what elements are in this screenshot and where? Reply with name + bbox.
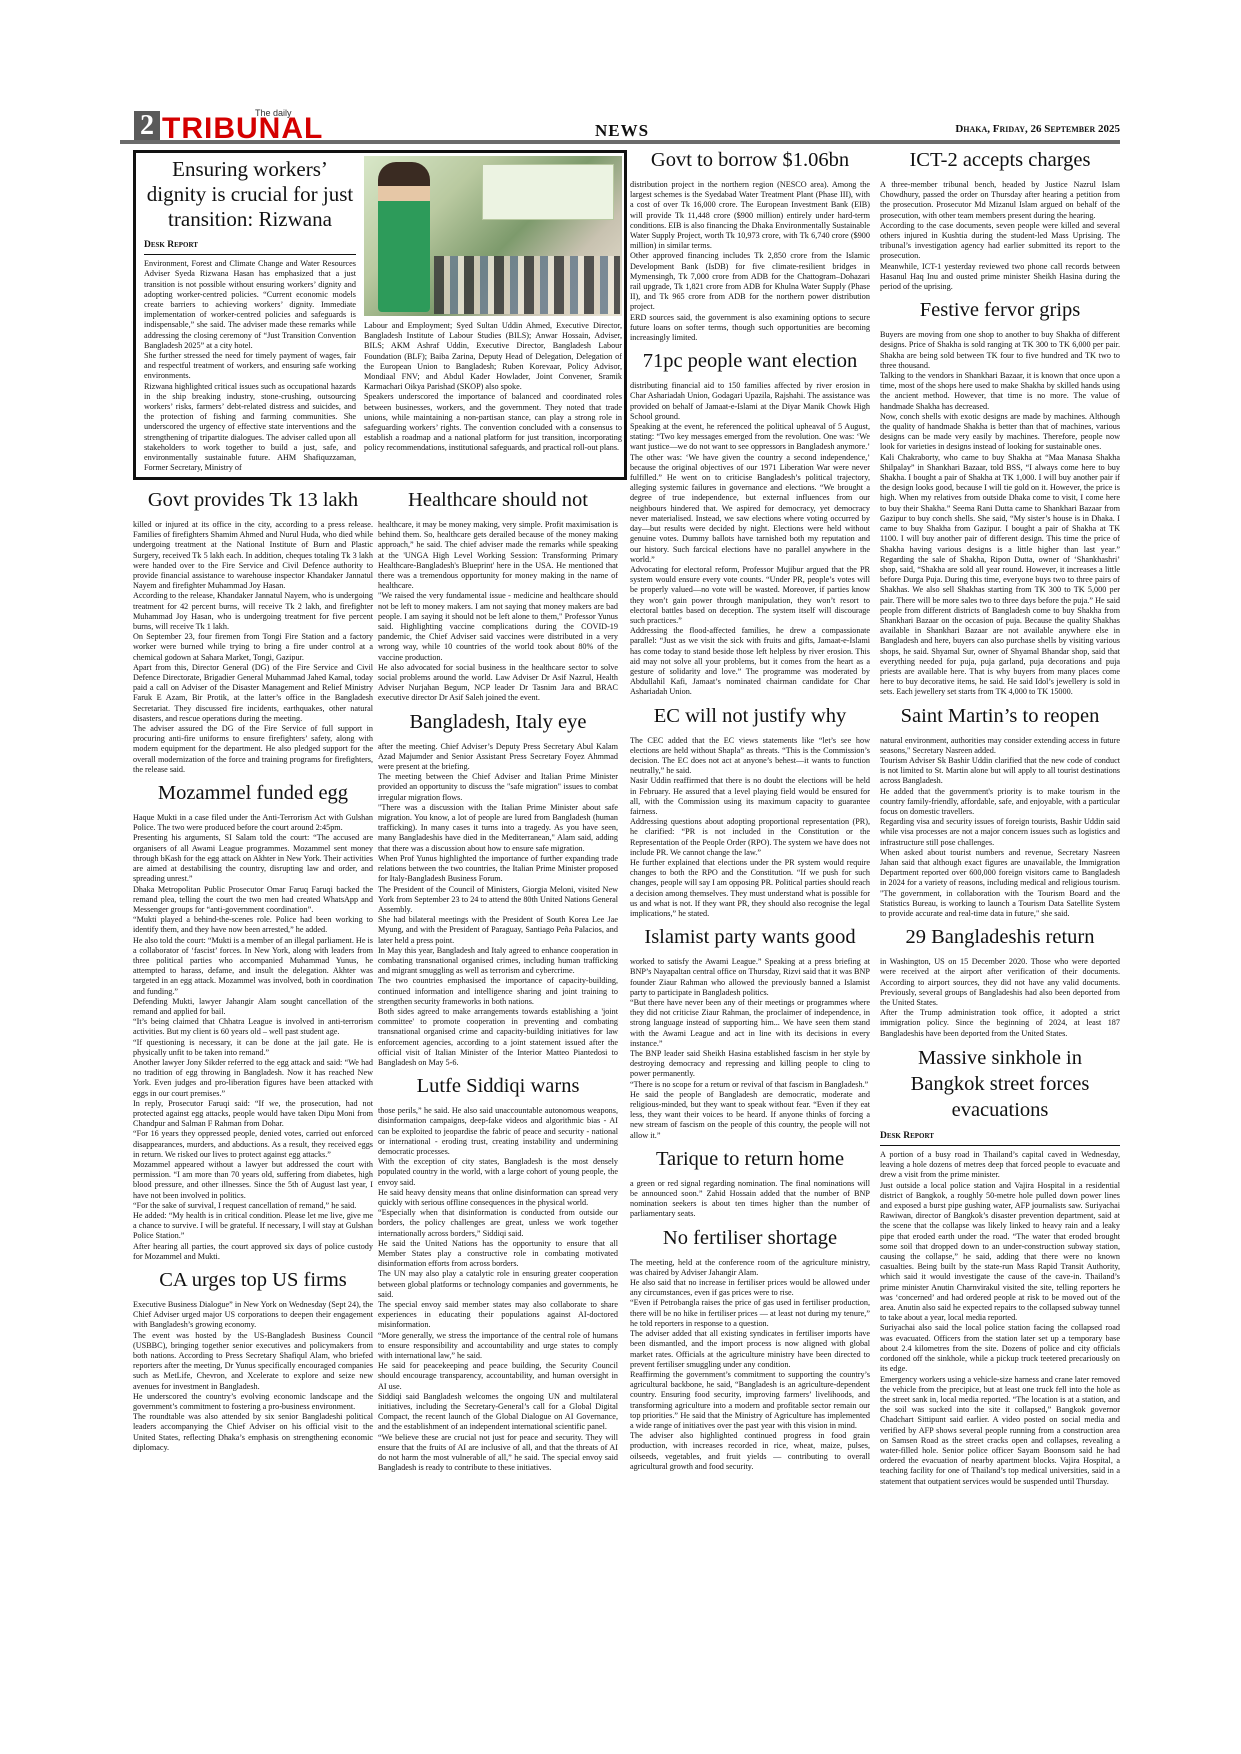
- paragraph: The BNP leader said Sheikh Hasina establ…: [630, 1049, 870, 1080]
- paragraph: Speaking at the event, he referenced the…: [630, 422, 870, 565]
- paragraph: After the Trump administration took offi…: [880, 1008, 1120, 1039]
- paragraph: He added that the government's priority …: [880, 787, 1120, 818]
- paragraph: Buyers are moving from one shop to anoth…: [880, 330, 1120, 371]
- article-photo: [364, 156, 622, 316]
- paragraph: “If questioning is necessary, it can be …: [133, 1038, 373, 1058]
- headline: CA urges top US firms: [133, 1268, 373, 1292]
- paragraph: She had bilateral meetings with the Pres…: [378, 915, 618, 946]
- paragraph: In reply, Prosecutor Faruqi said: “If we…: [133, 1099, 373, 1130]
- paragraph: The special envoy said member states may…: [378, 1300, 618, 1331]
- paragraph: Tourism Adviser Sk Bashir Uddin clarifie…: [880, 756, 1120, 787]
- paragraph: The two countries emphasised the importa…: [378, 976, 618, 1007]
- paragraph: The roundtable was also attended by six …: [133, 1412, 373, 1453]
- headline: Ensuring workers’ dignity is crucial for…: [144, 157, 356, 232]
- paragraph: “There is no scope for a return or reviv…: [630, 1080, 870, 1090]
- paragraph: After hearing all parties, the court app…: [133, 1242, 373, 1262]
- paragraph: worked to satisfy the Awami League.” Spe…: [630, 957, 870, 998]
- paragraph: Speakers underscored the importance of b…: [364, 392, 622, 453]
- paragraph: Suriyachai also said the local police st…: [880, 1323, 1120, 1374]
- paragraph: The event was hosted by the US-Banglades…: [133, 1331, 373, 1392]
- paragraph: Talking to the vendors in Shankhari Baza…: [880, 371, 1120, 412]
- paragraph: Mozammel appeared without a lawyer but a…: [133, 1160, 373, 1201]
- paragraph: healthcare, it may be money making, very…: [378, 520, 618, 591]
- paragraph: "We raised the very fundamental issue - …: [378, 591, 618, 662]
- paragraph: “Mukti played a behind-the-scenes role. …: [133, 915, 373, 935]
- column-1: Govt provides Tk 13 lakh killed or injur…: [133, 482, 373, 1453]
- paragraph: The adviser also highlighted continued p…: [630, 1431, 870, 1472]
- paragraph: “Even if Petrobangla raises the price of…: [630, 1298, 870, 1329]
- paragraph: Now, conch shells with exotic designs ar…: [880, 412, 1120, 453]
- headline: ICT-2 accepts charges: [880, 148, 1120, 172]
- masthead: 2 The daily TRIBUNAL NEWS Dhaka, Friday,…: [120, 104, 1120, 140]
- paragraph: He added: “My health is in critical cond…: [133, 1211, 373, 1242]
- paragraph: natural environment, authorities may con…: [880, 736, 1120, 756]
- headline: Healthcare should not: [378, 488, 618, 512]
- byline: Desk Report: [880, 1131, 1120, 1146]
- paragraph: killed or injured at its office in the c…: [133, 520, 373, 591]
- paragraph: When asked about tourist numbers and rev…: [880, 848, 1120, 919]
- paragraph: a green or red signal regarding nominati…: [630, 1179, 870, 1220]
- paragraph: "There was a discussion with the Italian…: [378, 803, 618, 854]
- paragraph: “For 16 years they oppressed people, den…: [133, 1129, 373, 1160]
- paragraph: He said the United Nations has the oppor…: [378, 1239, 618, 1270]
- paragraph: Advocating for electoral reform, Profess…: [630, 565, 870, 626]
- column-2: Healthcare should not healthcare, it may…: [378, 482, 618, 1473]
- paragraph: Other approved financing includes Tk 2,8…: [630, 251, 870, 312]
- paragraph: Apart from this, Director General (DG) o…: [133, 663, 373, 724]
- headline: Govt to borrow $1.06bn: [630, 148, 870, 172]
- paragraph: A three-member tribunal bench, headed by…: [880, 180, 1120, 221]
- paragraph: He said the people of Bangladesh are dem…: [630, 1090, 870, 1141]
- dateline: Dhaka, Friday, 26 September 2025: [955, 123, 1120, 135]
- paragraph: Regarding visa and security issues of fo…: [880, 817, 1120, 848]
- paragraph: Both sides agreed to make arrangements t…: [378, 1007, 618, 1068]
- paragraph: He underscored the country’s evolving ec…: [133, 1392, 373, 1412]
- paragraph: Haque Mukti in a case filed under the An…: [133, 813, 373, 833]
- photo-audience: [434, 256, 620, 314]
- paragraph: “It’s being claimed that Chhatra League …: [133, 1017, 373, 1037]
- headline: No fertiliser shortage: [630, 1226, 870, 1250]
- paragraph: Defending Mukti, lawyer Jahangir Alam so…: [133, 997, 373, 1017]
- paragraph: Dhaka Metropolitan Public Prosecutor Oma…: [133, 885, 373, 916]
- feature-article-rizwana: Ensuring workers’ dignity is crucial for…: [133, 150, 627, 480]
- paragraph: In May this year, Bangladesh and Italy a…: [378, 946, 618, 977]
- paragraph: A portion of a busy road in Thailand’s c…: [880, 1150, 1120, 1181]
- headline: Govt provides Tk 13 lakh: [133, 488, 373, 512]
- photo-speaker: [378, 162, 430, 312]
- paragraph: Environment, Forest and Climate Change a…: [144, 259, 356, 351]
- paragraph: Kali Chakraborty, who came to buy Shakha…: [880, 453, 1120, 698]
- headline: 29 Bangladeshis return: [880, 925, 1120, 949]
- paragraph: in Washington, US on 15 December 2020. T…: [880, 957, 1120, 1008]
- headline: Bangladesh, Italy eye: [378, 710, 618, 734]
- paragraph: Nasir Uddin reaffirmed that there is no …: [630, 776, 870, 817]
- paragraph: distribution project in the northern reg…: [630, 180, 870, 251]
- page-number: 2: [134, 111, 160, 140]
- paragraph: He said for peacekeeping and peace build…: [378, 1361, 618, 1392]
- byline: Desk Report: [144, 240, 356, 255]
- photo-backdrop-banner: [482, 164, 614, 220]
- paragraph: He also said that no increase in fertili…: [630, 1278, 870, 1298]
- paragraph: Executive Business Dialogue” in New York…: [133, 1300, 373, 1331]
- headline: Lutfe Siddiqi warns: [378, 1074, 618, 1098]
- paragraph: Siddiqi said Bangladesh welcomes the ong…: [378, 1392, 618, 1433]
- paragraph: after the meeting. Chief Adviser’s Deput…: [378, 742, 618, 773]
- paragraph: Reaffirming the government’s commitment …: [630, 1370, 870, 1431]
- headline: Massive sinkhole in Bangkok street force…: [880, 1045, 1120, 1123]
- paragraph: Rizwana highlighted critical issues such…: [144, 382, 356, 474]
- paragraph: “We believe these are crucial not just f…: [378, 1433, 618, 1474]
- paragraph: Emergency workers using a vehicle-size h…: [880, 1375, 1120, 1487]
- paragraph: Another lawyer Jony Sikder referred to t…: [133, 1058, 373, 1099]
- paragraph: The adviser assured the DG of the Fire S…: [133, 724, 373, 775]
- paragraph: The CEC added that the EC views statemen…: [630, 736, 870, 777]
- headline: Saint Martin’s to reopen: [880, 704, 1120, 728]
- paragraph: He also told the court: “Mukti is a memb…: [133, 936, 373, 997]
- paragraph: The adviser added that all existing synd…: [630, 1329, 870, 1370]
- headline: Tarique to return home: [630, 1147, 870, 1171]
- paragraph: ERD sources said, the government is also…: [630, 313, 870, 344]
- paragraph: distributing financial aid to 150 famili…: [630, 381, 870, 422]
- paragraph: According to the case documents, seven p…: [880, 221, 1120, 262]
- paragraph: The meeting, held at the conference room…: [630, 1258, 870, 1278]
- paragraph: He also advocated for social business in…: [378, 663, 618, 704]
- column-3: Govt to borrow $1.06bn distribution proj…: [630, 142, 870, 1472]
- paragraph: those perils,” he said. He also said una…: [378, 1106, 618, 1157]
- paragraph: He said heavy density means that online …: [378, 1188, 618, 1208]
- paragraph: Presenting his arguments, SI Salam told …: [133, 833, 373, 884]
- paragraph: “But there have never been any of their …: [630, 998, 870, 1049]
- section-label: NEWS: [595, 121, 649, 141]
- paragraph: Just outside a local police station and …: [880, 1181, 1120, 1324]
- paragraph: According to the release, Khandaker Jann…: [133, 591, 373, 632]
- headline: Islamist party wants good: [630, 925, 870, 949]
- paragraph: On September 23, four firemen from Tongi…: [133, 632, 373, 663]
- paragraph: When Prof Yunus highlighted the importan…: [378, 854, 618, 885]
- headline: 71pc people want election: [630, 349, 870, 373]
- paragraph: Meanwhile, ICT-1 yesterday reviewed two …: [880, 262, 1120, 293]
- headline: Festive fervor grips: [880, 298, 1120, 322]
- paragraph: Labour and Employment; Syed Sultan Uddin…: [364, 321, 622, 392]
- headline: Mozammel funded egg: [133, 781, 373, 805]
- paragraph: Addressing questions about adopting prop…: [630, 817, 870, 858]
- logo-wordmark: TRIBUNAL: [162, 116, 323, 142]
- paragraph: He further explained that elections unde…: [630, 858, 870, 919]
- paragraph: “Especially when that disinformation is …: [378, 1208, 618, 1239]
- paragraph: With the exception of city states, Bangl…: [378, 1157, 618, 1188]
- paragraph: She further stressed the need for timely…: [144, 351, 356, 382]
- paragraph: The meeting between the Chief Adviser an…: [378, 772, 618, 803]
- paragraph: The President of the Council of Minister…: [378, 885, 618, 916]
- headline: EC will not justify why: [630, 704, 870, 728]
- paragraph: Addressing the flood-affected families, …: [630, 626, 870, 697]
- column-4: ICT-2 accepts charges A three-member tri…: [880, 142, 1120, 1487]
- paragraph: The UN may also play a catalytic role in…: [378, 1269, 618, 1300]
- paragraph: “For the sake of survival, I request can…: [133, 1201, 373, 1211]
- paragraph: “More generally, we stress the importanc…: [378, 1331, 618, 1362]
